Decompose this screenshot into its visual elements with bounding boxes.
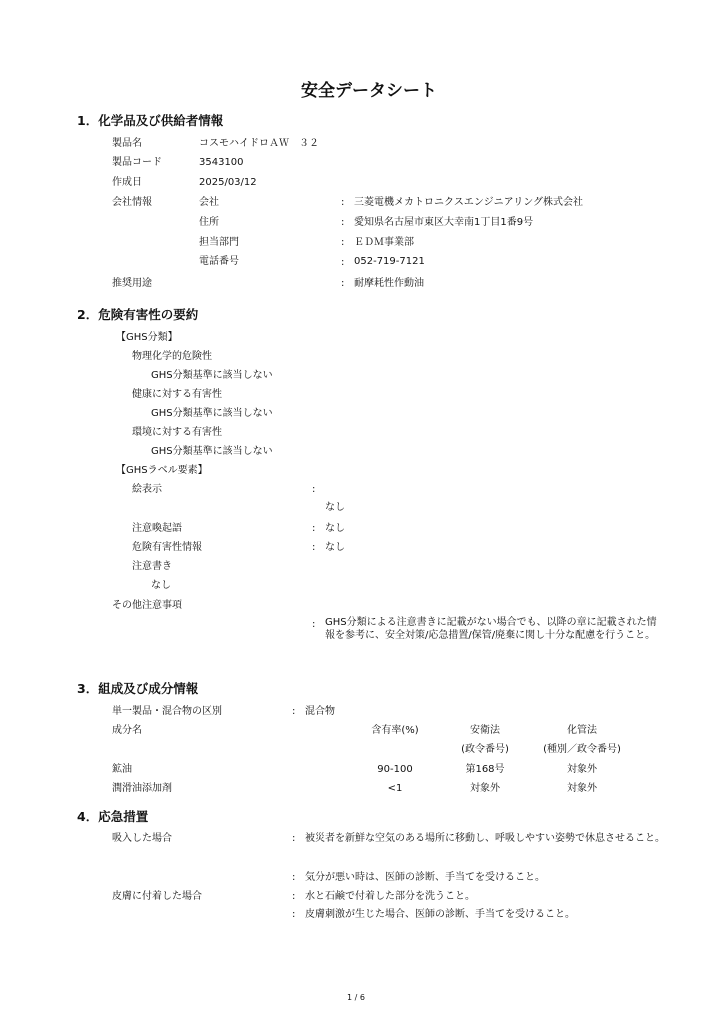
colon: :: [292, 891, 295, 903]
table-header-content: 含有率(%): [355, 725, 435, 737]
colon: :: [312, 523, 315, 535]
health-hazard-label: 健康に対する有害性: [132, 389, 222, 401]
precautionary-statements-value: なし: [151, 580, 171, 592]
inhalation-measure-1: 被災者を新鮮な空気のある場所に移動し、呼吸しやすい姿勢で休息させること。: [305, 832, 665, 845]
table-cell-ish-law: 対象外: [445, 783, 525, 795]
company-info-label: 会社情報: [112, 197, 152, 209]
department-label: 担当部門: [199, 237, 239, 249]
colon: :: [312, 542, 315, 554]
inhalation-label: 吸入した場合: [112, 833, 172, 845]
section-3-heading: 3．組成及び成分情報: [77, 681, 198, 697]
ghs-label-elements-label: 【GHSラベル要素】: [116, 465, 208, 477]
table-cell-component: 鉱油: [112, 764, 132, 776]
table-cell-ish-law: 第168号: [445, 764, 525, 776]
table-cell-component: 潤滑油添加剤: [112, 783, 172, 795]
department-value: ＥＤＭ事業部: [354, 237, 414, 249]
colon: :: [312, 484, 315, 496]
sds-page: { "title": "安全データシート", "section1": { "he…: [0, 0, 724, 1024]
table-cell-content: 90-100: [355, 764, 435, 776]
pictogram-label: 絵表示: [132, 484, 162, 496]
address-value: 愛知県名古屋市東区大幸南1丁目1番9号: [354, 217, 533, 229]
recommended-use-value: 耐摩耗性作動油: [354, 278, 424, 290]
ghs-classification-label: 【GHS分類】: [116, 332, 178, 344]
page-number: 1 / 6: [347, 992, 365, 1004]
substance-mixture-label: 単一製品・混合物の区別: [112, 706, 222, 718]
table-header-ish-law: 安衛法: [445, 725, 525, 737]
physical-hazard-value: GHS分類基準に該当しない: [151, 370, 273, 382]
colon: :: [292, 833, 295, 845]
table-header-prtr-law: 化管法: [537, 725, 627, 737]
colon: :: [312, 619, 315, 631]
section-1-heading: 1．化学品及び供給者情報: [77, 113, 223, 129]
other-precautions-value: GHS分類による注意書きに記載がない場合でも、以降の章に記載された情報を参考に、…: [325, 616, 665, 642]
table-cell-prtr-law: 対象外: [537, 783, 627, 795]
colon: :: [292, 706, 295, 718]
inhalation-measure-2: 気分が悪い時は、医師の診断、手当てを受けること。: [305, 872, 545, 884]
section-4-heading: 4．応急措置: [77, 809, 148, 825]
colon: :: [341, 237, 344, 249]
product-name-label: 製品名: [112, 138, 142, 150]
company-label: 会社: [199, 197, 219, 209]
product-code-value: 3543100: [199, 157, 244, 169]
other-precautions-label: その他注意事項: [112, 600, 182, 612]
physical-hazard-label: 物理化学的危険性: [132, 351, 212, 363]
colon: :: [341, 257, 344, 269]
signal-word-value: なし: [325, 523, 345, 535]
precautionary-statements-label: 注意書き: [132, 561, 172, 573]
colon: :: [292, 872, 295, 884]
colon: :: [292, 909, 295, 921]
table-subheader-ish-law: (政令番号): [445, 744, 525, 756]
phone-value: 052-719-7121: [354, 256, 425, 268]
environmental-hazard-label: 環境に対する有害性: [132, 427, 222, 439]
section-2-heading: 2．危険有害性の要約: [77, 307, 198, 323]
created-date-value: 2025/03/12: [199, 177, 257, 189]
hazard-info-label: 危険有害性情報: [132, 542, 202, 554]
colon: :: [341, 217, 344, 229]
skin-contact-label: 皮膚に付着した場合: [112, 891, 202, 903]
hazard-info-value: なし: [325, 542, 345, 554]
colon: :: [341, 197, 344, 209]
table-header-component: 成分名: [112, 725, 142, 737]
health-hazard-value: GHS分類基準に該当しない: [151, 408, 273, 420]
created-date-label: 作成日: [112, 177, 142, 189]
colon: :: [341, 278, 344, 290]
product-name-value: コスモハイドロＡＷ ３２: [199, 138, 319, 150]
environmental-hazard-value: GHS分類基準に該当しない: [151, 446, 273, 458]
recommended-use-label: 推奨用途: [112, 278, 152, 290]
substance-mixture-value: 混合物: [305, 706, 335, 718]
table-cell-content: <1: [355, 783, 435, 795]
pictogram-value: なし: [325, 502, 345, 514]
company-value: 三菱電機メカトロニクスエンジニアリング株式会社: [354, 197, 583, 209]
document-title: 安全データシート: [301, 81, 437, 101]
phone-label: 電話番号: [199, 256, 239, 268]
product-code-label: 製品コード: [112, 157, 162, 169]
signal-word-label: 注意喚起語: [132, 523, 182, 535]
address-label: 住所: [199, 217, 219, 229]
table-cell-prtr-law: 対象外: [537, 764, 627, 776]
skin-contact-measure-1: 水と石鹸で付着した部分を洗うこと。: [305, 891, 475, 903]
table-subheader-prtr-law: (種別／政令番号): [537, 744, 627, 756]
skin-contact-measure-2: 皮膚刺激が生じた場合、医師の診断、手当てを受けること。: [305, 909, 575, 921]
